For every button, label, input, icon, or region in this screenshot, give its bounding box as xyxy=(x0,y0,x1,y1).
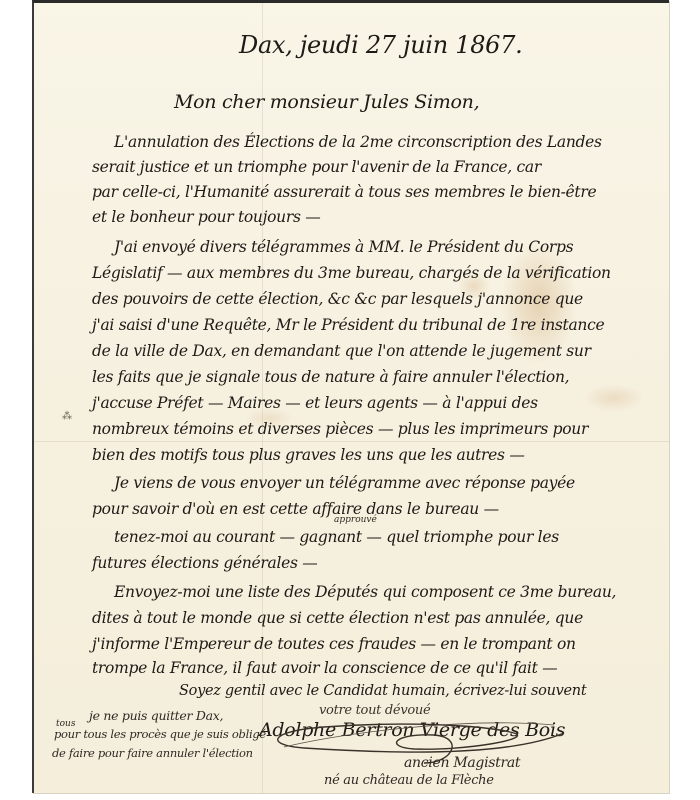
body-line: tenez-moi au courant — gagnant — quel tr… xyxy=(114,528,559,546)
body-line: dites à tout le monde que si cette élect… xyxy=(92,609,583,627)
body-line: serait justice et un triomphe pour l'ave… xyxy=(92,158,541,176)
body-line: trompe la France, il faut avoir la consc… xyxy=(92,659,557,677)
body-line: et le bonheur pour toujours — xyxy=(92,208,320,226)
body-line: Soyez gentil avec le Candidat humain, éc… xyxy=(179,683,586,699)
body-line: futures élections générales — xyxy=(92,554,317,572)
body-line: j'ai saisi d'une Requête, Mr le Présiden… xyxy=(92,316,604,334)
body-line: Je viens de vous envoyer un télégramme a… xyxy=(114,474,575,492)
body-line: j'accuse Préfet — Maires — et leurs agen… xyxy=(92,394,538,412)
postscript-line: de faire pour faire annuler l'élection xyxy=(52,746,253,760)
letter-page: Dax, jeudi 27 juin 1867. Mon cher monsie… xyxy=(32,0,669,793)
body-line: de la ville de Dax, en demandant que l'o… xyxy=(92,342,591,360)
body-line: pour savoir d'où en est cette affaire da… xyxy=(92,500,499,518)
margin-mark-icon: ⁂ xyxy=(62,411,72,422)
body-line: J'ai envoyé divers télégrammes à MM. le … xyxy=(114,238,573,256)
interlinear-insertion: approuvé xyxy=(334,515,377,525)
body-line: des pouvoirs de cette élection, &c &c pa… xyxy=(92,290,583,308)
body-line: L'annulation des Élections de la 2me cir… xyxy=(114,133,602,151)
signature-title: né au château de la Flèche xyxy=(324,773,494,788)
body-line: les faits que je signale tous de nature … xyxy=(92,368,569,386)
body-line: j'informe l'Empereur de toutes ces fraud… xyxy=(92,635,576,653)
postscript-line: pour tous les procès que je suis obligé xyxy=(54,727,266,741)
body-line: Législatif — aux membres du 3me bureau, … xyxy=(92,264,611,282)
body-line: par celle-ci, l'Humanité assurerait à to… xyxy=(92,183,596,201)
letter-salutation: Mon cher monsieur Jules Simon, xyxy=(174,91,479,113)
postscript-line: je ne puis quitter Dax, xyxy=(89,708,223,723)
body-line: Envoyez-moi une liste des Députés qui co… xyxy=(114,583,616,601)
body-line: bien des motifs tous plus graves les uns… xyxy=(92,446,525,464)
paper-fold-horizontal xyxy=(34,441,669,442)
signature-title: ancien Magistrat xyxy=(404,755,520,771)
letter-date: Dax, jeudi 27 juin 1867. xyxy=(239,31,522,59)
body-line: nombreux témoins et diverses pièces — pl… xyxy=(92,420,588,438)
